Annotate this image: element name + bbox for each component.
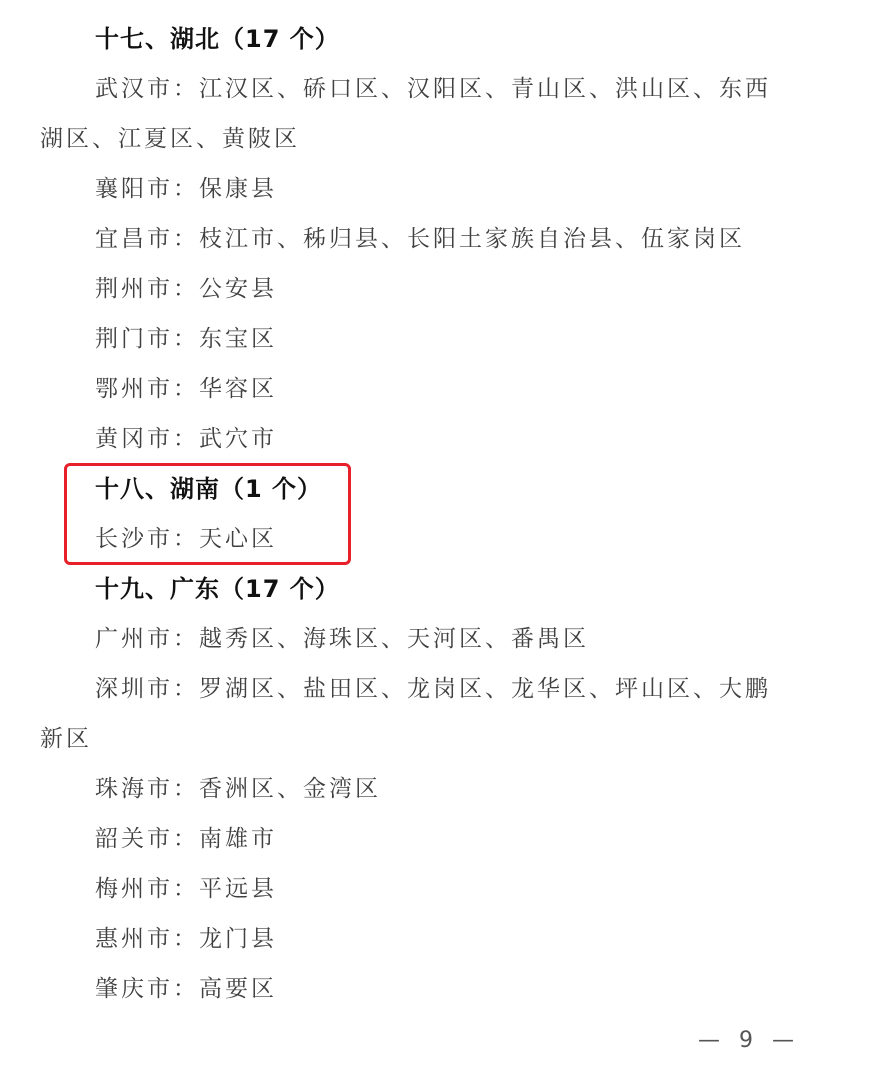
entry-wuhan: 武汉市：江汉区、硚口区、汉阳区、青山区、洪山区、东西	[95, 74, 771, 104]
entry-shenzhen-continued: 新区	[40, 724, 92, 754]
entry-huizhou: 惠州市：龙门县	[95, 924, 277, 954]
entry-huanggang: 黄冈市：武穴市	[95, 424, 277, 454]
section-heading-guangdong: 十九、广东（17 个）	[95, 574, 340, 604]
entry-jingzhou: 荆州市：公安县	[95, 274, 277, 304]
entry-ezhou: 鄂州市：华容区	[95, 374, 277, 404]
entry-zhuhai: 珠海市：香洲区、金湾区	[95, 774, 381, 804]
document-page: 十七、湖北（17 个） 武汉市：江汉区、硚口区、汉阳区、青山区、洪山区、东西 湖…	[0, 0, 880, 1090]
entry-guangzhou: 广州市：越秀区、海珠区、天河区、番禺区	[95, 624, 589, 654]
entry-shenzhen: 深圳市：罗湖区、盐田区、龙岗区、龙华区、坪山区、大鹏	[95, 674, 771, 704]
page-number: — 9 —	[698, 1028, 800, 1053]
section-heading-hubei: 十七、湖北（17 个）	[95, 24, 340, 54]
entry-wuhan-continued: 湖区、江夏区、黄陂区	[40, 124, 300, 154]
entry-meizhou: 梅州市：平远县	[95, 874, 277, 904]
entry-zhaoqing: 肇庆市：高要区	[95, 974, 277, 1004]
entry-xiangyang: 襄阳市：保康县	[95, 174, 277, 204]
entry-shaoguan: 韶关市：南雄市	[95, 824, 277, 854]
entry-yichang: 宜昌市：枝江市、秭归县、长阳土家族自治县、伍家岗区	[95, 224, 745, 254]
entry-changsha: 长沙市：天心区	[95, 524, 277, 554]
section-heading-hunan: 十八、湖南（1 个）	[95, 474, 322, 504]
entry-jingmen: 荆门市：东宝区	[95, 324, 277, 354]
